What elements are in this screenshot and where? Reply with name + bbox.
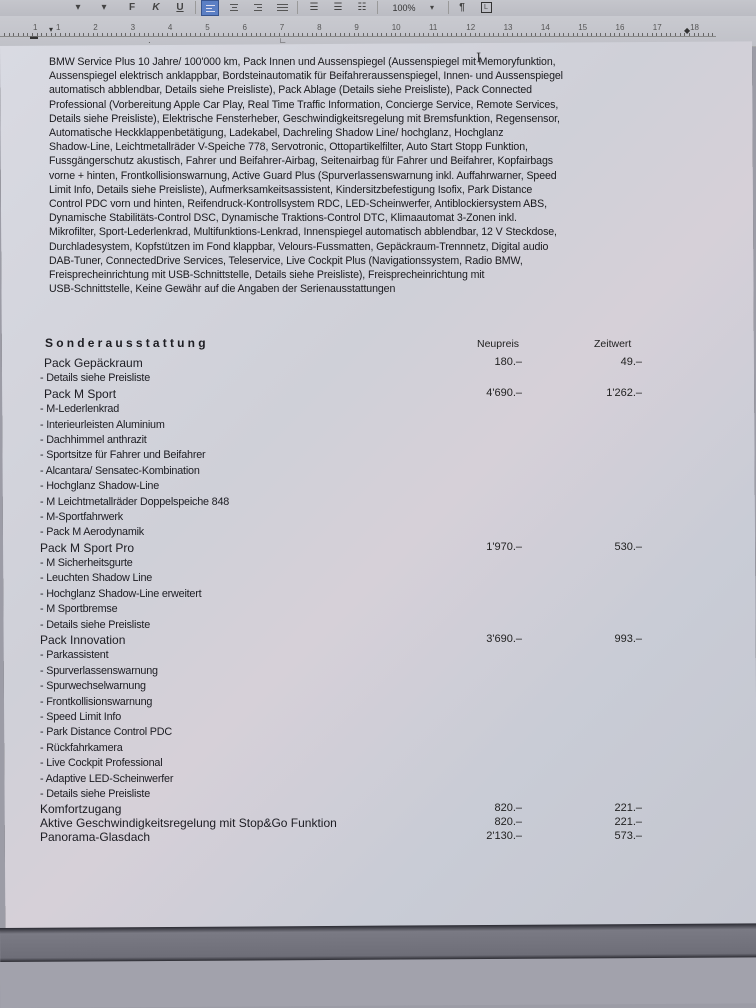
ruler-tick	[69, 33, 70, 36]
paragraph-line: Dynamische Stabilitäts-Control DSC, Dyna…	[49, 211, 699, 225]
ruler-tick	[186, 33, 187, 36]
ruler-number: 6	[243, 23, 247, 32]
ruler-tick	[694, 33, 695, 36]
ruler-tick	[111, 33, 112, 36]
ruler-tick	[237, 33, 238, 36]
ruler-tick	[475, 33, 476, 36]
ruler-tick	[246, 33, 247, 36]
numbered-list-button[interactable]: ☰	[330, 0, 346, 14]
ruler-tick	[493, 33, 494, 36]
font-dropdown-icon[interactable]: ▾	[96, 0, 112, 14]
ruler-number: 4	[168, 23, 172, 32]
ruler-tick	[195, 33, 196, 36]
ruler-number: 18	[690, 23, 699, 32]
ruler-number: 3	[131, 23, 135, 32]
ruler-tick	[451, 33, 452, 36]
ruler-tick	[256, 33, 257, 36]
ruler-tick	[610, 33, 611, 36]
neupreis-value: 3'690.–	[486, 633, 522, 645]
ruler-tick	[116, 33, 117, 36]
option-label: - Details siehe Preisliste	[40, 619, 150, 631]
ruler-tick	[251, 33, 252, 36]
option-row: Pack Innovation3'690.–993.–	[40, 633, 700, 648]
option-detail-row: - Interieurleisten Aluminium	[40, 418, 700, 433]
ruler-tick	[298, 33, 299, 36]
ruler-tick	[479, 33, 480, 36]
ruler-tick	[395, 33, 396, 36]
ruler-tick	[414, 33, 415, 36]
column-header-zeitwert: Zeitwert	[594, 338, 631, 350]
ruler-tick	[162, 33, 163, 36]
ruler-tick	[134, 33, 135, 36]
ruler-tick	[680, 33, 681, 36]
ruler-tick	[377, 33, 378, 36]
ruler-tick	[46, 33, 47, 36]
ruler-tick	[698, 33, 699, 36]
option-label: - M-Lederlenkrad	[40, 403, 119, 415]
option-detail-row: - M Sicherheitsgurte	[40, 556, 700, 571]
option-detail-row: - M Sportbremse	[40, 602, 700, 617]
ruler-number: 5	[205, 23, 209, 32]
neupreis-value: 2'130.–	[486, 830, 522, 842]
ruler-tick	[60, 33, 61, 36]
option-detail-row: - Details siehe Preisliste	[40, 787, 700, 802]
option-row: Panorama-Glasdach2'130.–573.–	[40, 830, 700, 844]
ruler-tick	[568, 33, 569, 36]
right-indent-marker[interactable]: ◆	[684, 26, 690, 35]
ruler-tick	[181, 33, 182, 36]
ruler-tick	[661, 33, 662, 36]
left-indent-marker[interactable]: ▬	[30, 32, 38, 41]
ruler-tick	[647, 33, 648, 36]
ruler-tick	[260, 33, 261, 36]
ruler-tick	[423, 33, 424, 36]
ruler-tick	[409, 33, 410, 36]
option-label: Pack Gepäckraum	[44, 356, 143, 370]
option-label: - Dachhimmel anthrazit	[40, 434, 147, 446]
option-detail-row: - M Leichtmetallräder Doppelspeiche 848	[40, 495, 700, 510]
neupreis-value: 180.–	[494, 356, 522, 368]
option-label: Pack M Sport Pro	[40, 541, 134, 555]
ruler-tick	[470, 33, 471, 36]
ruler-number: 1	[33, 23, 37, 32]
standard-equipment-paragraph: BMW Service Plus 10 Jahre/ 100'000 km, P…	[49, 55, 699, 296]
align-left-icon	[206, 5, 215, 12]
ruler-tick	[507, 33, 508, 36]
option-label: - Parkassistent	[40, 649, 108, 661]
option-label: - Adaptive LED-Scheinwerfer	[40, 773, 173, 785]
ruler-tick	[577, 33, 578, 36]
justify-button[interactable]	[274, 0, 290, 14]
option-label: - Park Distance Control PDC	[40, 726, 172, 738]
bold-button[interactable]: F	[124, 0, 140, 14]
ruler-tick	[554, 33, 555, 36]
ruler-tick	[372, 33, 373, 36]
multilevel-list-icon: ☷	[358, 2, 367, 13]
ruler-tick	[498, 33, 499, 36]
ruler-number: 17	[653, 23, 662, 32]
ruler-tick	[461, 33, 462, 36]
ruler-tick	[540, 33, 541, 36]
ruler-tick	[465, 33, 466, 36]
ruler-tick	[666, 33, 667, 36]
ruler-tick	[358, 33, 359, 36]
ruler-tick	[600, 33, 601, 36]
option-label: - M Sportbremse	[40, 603, 117, 615]
align-right-button[interactable]	[250, 0, 266, 14]
option-detail-row: - Hochglanz Shadow-Line erweitert	[40, 587, 700, 602]
ruler-tick	[176, 33, 177, 36]
ruler-tick	[121, 33, 122, 36]
ruler-tick	[204, 33, 205, 36]
ruler-tick	[675, 33, 676, 36]
ruler-tick	[605, 33, 606, 36]
option-detail-row: - Alcantara/ Sensatec-Kombination	[40, 464, 700, 479]
option-detail-row: - M-Lederlenkrad	[40, 402, 700, 417]
option-detail-row: - Hochglanz Shadow-Line	[40, 479, 700, 494]
ruler-tick	[107, 33, 108, 36]
options-list: Pack Gepäckraum180.–49.–- Details siehe …	[40, 356, 700, 844]
paragraph-line: Details siehe Preisliste), Elektrische F…	[49, 112, 699, 126]
ruler-number: 12	[466, 23, 475, 32]
ruler-tick	[307, 33, 308, 36]
ruler-tick	[442, 33, 443, 36]
ruler-number: 9	[354, 23, 358, 32]
ruler-number: 7	[280, 23, 284, 32]
ruler-tick	[633, 33, 634, 36]
ruler-tick	[549, 33, 550, 36]
ruler-tick	[703, 33, 704, 36]
ruler-tick	[83, 33, 84, 36]
ruler-tick	[326, 33, 327, 36]
paragraph-line: DAB-Tuner, ConnectedDrive Services, Tele…	[49, 254, 699, 268]
ruler-tick	[652, 33, 653, 36]
option-detail-row: - Dachhimmel anthrazit	[40, 433, 700, 448]
ruler-tick	[344, 33, 345, 36]
bullet-list-icon: ☰	[310, 2, 319, 13]
zeitwert-value: 573.–	[614, 830, 642, 842]
option-label: - Interieurleisten Aluminium	[40, 419, 165, 431]
justify-icon	[277, 4, 288, 11]
multilevel-list-button[interactable]: ☷	[354, 0, 370, 14]
ruler-tick	[93, 33, 94, 36]
ruler-tick	[242, 33, 243, 36]
ruler-number: 8	[317, 23, 321, 32]
option-detail-row: - Speed Limit Info	[40, 710, 700, 725]
option-label: - Leuchten Shadow Line	[40, 572, 152, 584]
option-label: Pack Innovation	[40, 633, 125, 647]
formatting-toolbar: ▾ ▾ F K U ☰ ☰ ☷ 100% ▾ ¶ L	[0, 0, 756, 16]
option-detail-row: - Park Distance Control PDC	[40, 725, 700, 740]
italic-button[interactable]: K	[148, 0, 164, 14]
ruler-tick	[9, 33, 10, 36]
zeitwert-value: 221.–	[614, 802, 642, 814]
option-detail-row: - Pack M Aerodynamik	[40, 525, 700, 540]
column-header-neupreis: Neupreis	[477, 338, 519, 350]
option-detail-row: - Adaptive LED-Scheinwerfer	[40, 772, 700, 787]
ruler-tick	[340, 33, 341, 36]
option-label: - Details siehe Preisliste	[40, 788, 150, 800]
ruler-tick	[13, 33, 14, 36]
ruler-tick	[535, 33, 536, 36]
ruler-tick	[130, 33, 131, 36]
option-label: - M Sicherheitsgurte	[40, 557, 133, 569]
ruler-tick	[428, 33, 429, 36]
bullet-list-button[interactable]: ☰	[306, 0, 322, 14]
ruler-tick	[41, 33, 42, 36]
ruler-tick	[517, 33, 518, 36]
ruler-tick	[74, 33, 75, 36]
ruler-tick	[302, 33, 303, 36]
option-label: - Details siehe Preisliste	[40, 372, 150, 384]
option-detail-row: - Parkassistent	[40, 648, 700, 663]
zoom-dropdown-icon[interactable]: ▾	[424, 0, 440, 14]
ruler-tick	[274, 33, 275, 36]
ruler-tick	[321, 33, 322, 36]
option-detail-row: - Sportsitze für Fahrer und Beifahrer	[40, 448, 700, 463]
neupreis-value: 820.–	[494, 802, 522, 814]
option-label: - Live Cockpit Professional	[40, 757, 162, 769]
option-label: - Alcantara/ Sensatec-Kombination	[40, 465, 200, 477]
paragraph-line: Automatische Heckklappenbetätigung, Lade…	[49, 126, 699, 140]
ruler-tick	[153, 33, 154, 36]
ruler-tick	[330, 33, 331, 36]
option-label: - Hochglanz Shadow-Line	[40, 480, 159, 492]
option-detail-row: - Details siehe Preisliste	[40, 618, 700, 633]
ruler-tick	[288, 33, 289, 36]
ruler-number: 15	[578, 23, 587, 32]
ruler-tick	[65, 33, 66, 36]
ruler-tick	[270, 33, 271, 36]
ruler-tick	[638, 33, 639, 36]
ruler-tick	[363, 33, 364, 36]
option-label: - Sportsitze für Fahrer und Beifahrer	[40, 449, 205, 461]
paragraph-line: Freisprecheinrichtung mit USB-Schnittste…	[49, 268, 699, 282]
ruler-tick	[405, 33, 406, 36]
paragraph-line: automatisch abblendbar, Details siehe Pr…	[49, 83, 699, 97]
ruler-tick	[708, 33, 709, 36]
ruler-tick	[400, 33, 401, 36]
ruler-tick	[232, 33, 233, 36]
ruler-number: 14	[541, 23, 550, 32]
ruler-tick	[367, 33, 368, 36]
ruler-tick	[596, 33, 597, 36]
option-label: - Hochglanz Shadow-Line erweitert	[40, 588, 201, 600]
ruler-tick	[582, 33, 583, 36]
ruler-tick	[88, 33, 89, 36]
option-label: Aktive Geschwindigkeitsregelung mit Stop…	[40, 816, 337, 830]
font-size-dropdown-icon[interactable]: ▾	[70, 0, 86, 14]
ruler-tick	[312, 33, 313, 36]
ruler-tick	[563, 33, 564, 36]
ruler-tick	[381, 33, 382, 36]
ruler-tick	[265, 33, 266, 36]
ruler-tick	[354, 33, 355, 36]
ruler-tick	[55, 33, 56, 36]
show-formatting-button[interactable]: ¶	[454, 0, 470, 14]
ruler-tick	[447, 33, 448, 36]
option-detail-row: - Details siehe Preisliste	[40, 371, 700, 386]
ruler-tick	[545, 33, 546, 36]
align-center-button[interactable]	[226, 0, 242, 14]
ruler-tick	[512, 33, 513, 36]
ruler-tick	[456, 33, 457, 36]
ruler-tick	[27, 33, 28, 36]
paragraph-line: Mikrofilter, Sport-Lederlenkrad, Multifu…	[49, 225, 699, 239]
ruler-tick	[190, 33, 191, 36]
ruler-tick	[521, 33, 522, 36]
zeitwert-value: 993.–	[614, 633, 642, 645]
ruler-tick	[433, 33, 434, 36]
zeitwert-value: 530.–	[614, 541, 642, 553]
ruler-tick	[316, 33, 317, 36]
ruler-tick	[437, 33, 438, 36]
ruler-tick	[172, 33, 173, 36]
ruler-tick	[102, 33, 103, 36]
underline-button[interactable]: U	[172, 0, 188, 14]
ruler-tick	[712, 33, 713, 36]
zeitwert-value: 1'262.–	[606, 387, 642, 399]
option-label: - M Leichtmetallräder Doppelspeiche 848	[40, 496, 229, 508]
ruler-tick	[218, 33, 219, 36]
ruler-tick	[228, 33, 229, 36]
option-detail-row: - Leuchten Shadow Line	[40, 571, 700, 586]
paragraph-line: Aussenspiegel elektrisch anklappbar, Bor…	[49, 69, 699, 83]
ruler-baseline	[0, 36, 716, 37]
align-right-icon	[254, 4, 262, 11]
tab-stop-button[interactable]: L	[478, 0, 494, 14]
option-label: - Pack M Aerodynamik	[40, 526, 144, 538]
option-label: - Rückfahrkamera	[40, 742, 123, 754]
ruler-tick	[349, 33, 350, 36]
ruler-tick	[4, 33, 5, 36]
ruler-tick	[628, 33, 629, 36]
paragraph-line: Fussgängerschutz akustisch, Fahrer und B…	[49, 154, 699, 168]
paragraph-line: Control PDC vorn und hinten, Reifendruck…	[49, 197, 699, 211]
option-detail-row: - Live Cockpit Professional	[40, 756, 700, 771]
option-detail-row: - Rückfahrkamera	[40, 741, 700, 756]
ruler-tick	[125, 33, 126, 36]
ruler-tick	[167, 33, 168, 36]
ruler-tick	[489, 33, 490, 36]
ruler-tick	[79, 33, 80, 36]
ruler-tick	[209, 33, 210, 36]
option-row: Komfortzugang820.–221.–	[40, 802, 700, 816]
ruler-number: 13	[504, 23, 513, 32]
ruler-tick	[484, 33, 485, 36]
option-detail-row: - Spurwechselwarnung	[40, 679, 700, 694]
ruler-tick	[419, 33, 420, 36]
ruler-tick	[139, 33, 140, 36]
ruler-tick	[619, 33, 620, 36]
neupreis-value: 1'970.–	[486, 541, 522, 553]
option-label: - M-Sportfahrwerk	[40, 511, 123, 523]
ruler-tick	[573, 33, 574, 36]
ruler-tick	[642, 33, 643, 36]
paragraph-line: Shadow-Line, Leichtmetallräder V-Speiche…	[49, 140, 699, 154]
numbered-list-icon: ☰	[334, 2, 343, 13]
zeitwert-value: 49.–	[621, 356, 642, 368]
ruler-tick	[559, 33, 560, 36]
ruler-tick	[587, 33, 588, 36]
paragraph-line: Professional (Vorbereitung Apple Car Pla…	[49, 98, 699, 112]
ruler-tick	[624, 33, 625, 36]
ruler-tick	[158, 33, 159, 36]
ruler-tick	[200, 33, 201, 36]
option-label: Komfortzugang	[40, 802, 121, 816]
option-row: Pack M Sport4'690.–1'262.–	[40, 387, 700, 402]
option-detail-row: - Spurverlassenswarnung	[40, 664, 700, 679]
section-title: Sonderausstattung	[45, 336, 209, 350]
paragraph-line: Durchladesystem, Kopfstützen im Fond kla…	[49, 240, 699, 254]
option-label: - Speed Limit Info	[40, 711, 121, 723]
option-label: - Spurwechselwarnung	[40, 680, 146, 692]
align-center-icon	[230, 4, 238, 11]
ruler-tick	[223, 33, 224, 36]
ruler-tick	[531, 33, 532, 36]
option-detail-row: - M-Sportfahrwerk	[40, 510, 700, 525]
first-line-indent-marker[interactable]: ▾	[49, 25, 53, 34]
ruler-tick	[293, 33, 294, 36]
ruler-tick	[148, 33, 149, 36]
neupreis-value: 4'690.–	[486, 387, 522, 399]
ruler-tick	[591, 33, 592, 36]
ruler-tick	[214, 33, 215, 36]
ruler-number: 2	[93, 23, 97, 32]
ruler-tick	[656, 33, 657, 36]
tab-stop-icon: L	[481, 2, 492, 13]
zeitwert-value: 221.–	[614, 816, 642, 828]
ruler-tick	[526, 33, 527, 36]
paragraph-line: BMW Service Plus 10 Jahre/ 100'000 km, P…	[49, 55, 699, 69]
ruler-tick	[18, 33, 19, 36]
ruler-number: 1	[56, 23, 60, 32]
ruler-tick	[144, 33, 145, 36]
align-left-button[interactable]	[201, 0, 219, 16]
ruler-number: 11	[429, 23, 437, 32]
option-detail-row: - Frontkollisionswarnung	[40, 695, 700, 710]
option-row: Aktive Geschwindigkeitsregelung mit Stop…	[40, 816, 700, 830]
option-label: - Spurverlassenswarnung	[40, 665, 158, 677]
paragraph-line: USB-Schnittstelle, Keine Gewähr auf die …	[49, 282, 699, 296]
option-row: Pack Gepäckraum180.–49.–	[40, 356, 700, 371]
ruler-number: 16	[616, 23, 625, 32]
option-label: - Frontkollisionswarnung	[40, 696, 152, 708]
zoom-level[interactable]: 100%	[384, 0, 424, 16]
ruler-number: 10	[392, 23, 401, 32]
ruler-tick	[503, 33, 504, 36]
paragraph-line: vorne + hinten, Frontkollisionswarnung, …	[49, 169, 699, 183]
neupreis-value: 820.–	[494, 816, 522, 828]
option-label: Panorama-Glasdach	[40, 830, 150, 844]
paragraph-line: Limit Info, Details siehe Preisliste), A…	[49, 183, 699, 197]
ruler-tick	[386, 33, 387, 36]
ruler-tick	[335, 33, 336, 36]
next-page[interactable]	[0, 957, 756, 1008]
option-label: Pack M Sport	[44, 387, 116, 401]
ruler-tick	[23, 33, 24, 36]
ruler-tick	[97, 33, 98, 36]
ruler-tick	[614, 33, 615, 36]
ruler-tick	[670, 33, 671, 36]
option-row: Pack M Sport Pro1'970.–530.–	[40, 541, 700, 556]
ruler-tick	[391, 33, 392, 36]
